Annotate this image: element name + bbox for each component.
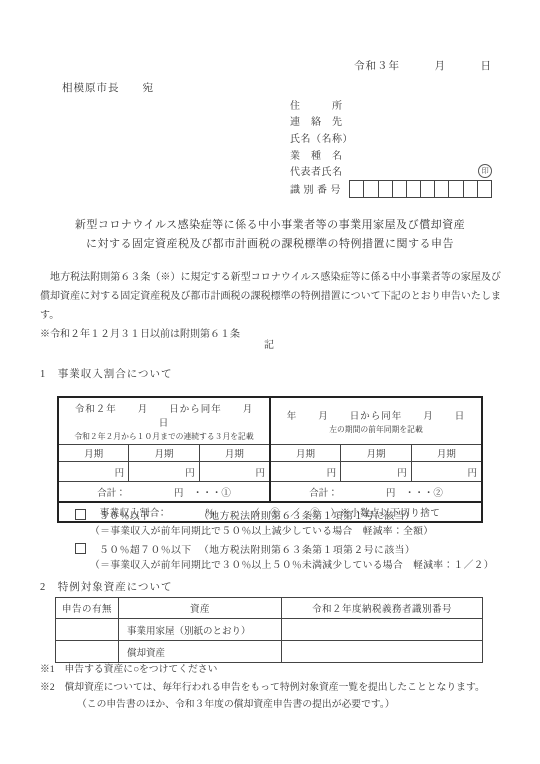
id-digit-box[interactable] bbox=[378, 180, 393, 198]
prior-period-title: 年 月 日から同年 月 日 bbox=[271, 408, 481, 422]
current-total-unit: 円 ・・・① bbox=[174, 485, 231, 499]
option-2-law: （地方税法附則第６３条第１項第２号に該当） bbox=[199, 542, 415, 556]
section1-heading: 1 事業収入割合について bbox=[40, 366, 173, 381]
address-row[interactable]: 住 所 bbox=[290, 96, 492, 113]
option-50-or-less: ５０％以下 （地方税法附則第６３条第１項第１号に該当） bbox=[75, 506, 494, 523]
period-header-row: 令和２年 月 日から同年 月 日 令和２年２月から１０月までの連続する３月を記載… bbox=[58, 397, 482, 445]
body-text: 地方税法附則第６３条（※）に規定する新型コロナウイルス感染症等に係る中小事業者等… bbox=[40, 268, 501, 344]
business-revenue-table: 令和２年 月 日から同年 月 日 令和２年２月から１０月までの連続する３月を記載… bbox=[57, 396, 483, 523]
prior-period-cell[interactable]: 年 月 日から同年 月 日 左の期間の前年同期を記載 bbox=[270, 397, 482, 445]
id-digit-box[interactable] bbox=[477, 180, 492, 198]
special-asset-table: 申告の有無 資産 令和２年度納税義務者識別番号 事業用家屋（別紙のとおり） 償却… bbox=[55, 597, 483, 663]
option-2-description: （＝事業収入が前年同期比で３０％以上５０％未満減少している場合 軽減率：１／２） bbox=[75, 557, 494, 574]
applicant-info-block: 住 所 連 絡 先 氏名（名称） 業 種 名 代表者氏名 印 識 別 番 号 bbox=[290, 96, 492, 198]
amount-cell[interactable]: 円 bbox=[129, 462, 200, 482]
taxpayer-id-cell[interactable] bbox=[282, 641, 483, 663]
id-digit-box[interactable] bbox=[392, 180, 407, 198]
name-label: 氏名（名称） bbox=[290, 130, 353, 145]
month-cell[interactable]: 月期 bbox=[58, 445, 129, 462]
month-cell[interactable]: 月期 bbox=[341, 445, 412, 462]
id-digit-box[interactable] bbox=[434, 180, 449, 198]
declaration-header: 申告の有無 bbox=[56, 598, 119, 619]
id-digit-box[interactable] bbox=[448, 180, 463, 198]
option-1-label: ５０％以下 bbox=[99, 508, 199, 522]
title-line-1: 新型コロナウイルス感染症等に係る中小事業者等の事業用家屋及び償却資産 bbox=[0, 216, 540, 235]
checkbox-over-50-to-70-icon[interactable] bbox=[75, 543, 86, 554]
current-period-subtitle: 令和２年２月から１０月までの連続する３月を記載 bbox=[59, 431, 269, 442]
amount-cell[interactable]: 円 bbox=[199, 462, 270, 482]
prior-total-cell[interactable]: 合計： 円 ・・・② bbox=[270, 482, 482, 503]
month-label-row: 月期 月期 月期 月期 月期 月期 bbox=[58, 445, 482, 462]
contact-label: 連 絡 先 bbox=[290, 113, 343, 128]
id-digit-box[interactable] bbox=[363, 180, 378, 198]
current-total-label: 合計： bbox=[97, 485, 126, 499]
total-row: 合計： 円 ・・・① 合計： 円 ・・・② bbox=[58, 482, 482, 503]
id-number-label: 識 別 番 号 bbox=[290, 181, 349, 196]
id-digit-box[interactable] bbox=[463, 180, 478, 198]
addressee: 相模原市長 宛 bbox=[62, 80, 154, 95]
footnote-2-continued: （この申告書のほか、令和３年度の償却資産申告書の提出が必要です。） bbox=[40, 696, 485, 714]
prior-total-unit: 円 ・・・② bbox=[386, 485, 443, 499]
name-row[interactable]: 氏名（名称） bbox=[290, 129, 492, 146]
document-page: 令和３年 月 日 相模原市長 宛 住 所 連 絡 先 氏名（名称） 業 種 名 … bbox=[0, 0, 540, 764]
contact-row[interactable]: 連 絡 先 bbox=[290, 113, 492, 130]
asset-header: 資産 bbox=[119, 598, 282, 619]
amount-cell[interactable]: 円 bbox=[341, 462, 412, 482]
prior-total-label: 合計： bbox=[309, 485, 338, 499]
amount-row: 円 円 円 円 円 円 bbox=[58, 462, 482, 482]
title-line-2: に対する固定資産税及び都市計画税の課税標準の特例措置に関する申告 bbox=[0, 235, 540, 254]
id-number-row: 識 別 番 号 bbox=[290, 180, 492, 198]
option-1-law: （地方税法附則第６３条第１項第１号に該当） bbox=[199, 508, 415, 522]
asset-name-cell: 事業用家屋（別紙のとおり） bbox=[119, 619, 282, 641]
asset-name-cell: 償却資産 bbox=[119, 641, 282, 663]
id-digit-box[interactable] bbox=[349, 180, 364, 198]
representative-label: 代表者氏名 bbox=[290, 163, 343, 178]
id-number-boxes[interactable] bbox=[349, 180, 492, 198]
date-line: 令和３年 月 日 bbox=[354, 58, 492, 73]
industry-label: 業 種 名 bbox=[290, 147, 343, 162]
checkbox-50-or-less-icon[interactable] bbox=[75, 509, 86, 520]
section2-heading: 2 特例対象資産について bbox=[40, 579, 173, 594]
current-total-cell[interactable]: 合計： 円 ・・・① bbox=[58, 482, 270, 503]
current-period-cell[interactable]: 令和２年 月 日から同年 月 日 令和２年２月から１０月までの連続する３月を記載 bbox=[58, 397, 270, 445]
month-cell[interactable]: 月期 bbox=[270, 445, 341, 462]
reduction-rate-options: ５０％以下 （地方税法附則第６３条第１項第１号に該当） （＝事業収入が前年同期比… bbox=[75, 506, 494, 574]
amount-cell[interactable]: 円 bbox=[411, 462, 482, 482]
body-paragraph: 地方税法附則第６３条（※）に規定する新型コロナウイルス感染症等に係る中小事業者等… bbox=[40, 268, 501, 325]
id-digit-box[interactable] bbox=[406, 180, 421, 198]
option-1-description: （＝事業収入が前年同期比で５０％以上減少している場合 軽減率：全額） bbox=[75, 523, 494, 540]
taxpayer-id-cell[interactable] bbox=[282, 619, 483, 641]
month-cell[interactable]: 月期 bbox=[199, 445, 270, 462]
taxpayer-id-header: 令和２年度納税義務者識別番号 bbox=[282, 598, 483, 619]
id-digit-box[interactable] bbox=[420, 180, 435, 198]
asset-table-header-row: 申告の有無 資産 令和２年度納税義務者識別番号 bbox=[56, 598, 483, 619]
asset-row-depreciable: 償却資産 bbox=[56, 641, 483, 663]
footnote-1: ※1 申告する資産に○をつけてください bbox=[40, 661, 485, 679]
address-label: 住 所 bbox=[290, 97, 343, 112]
prior-period-subtitle: 左の期間の前年同期を記載 bbox=[271, 424, 481, 435]
seal-icon: 印 bbox=[478, 164, 492, 178]
current-period-title: 令和２年 月 日から同年 月 日 bbox=[59, 401, 269, 429]
footnote-2: ※2 償却資産については、毎年行われる申告をもって特例対象資産一覧を提出したこと… bbox=[40, 679, 485, 697]
record-mark: 記 bbox=[0, 336, 540, 351]
month-cell[interactable]: 月期 bbox=[129, 445, 200, 462]
amount-cell[interactable]: 円 bbox=[270, 462, 341, 482]
option-over-50-to-70: ５０％超７０％以下 （地方税法附則第６３条第１項第２号に該当） bbox=[75, 540, 494, 557]
industry-row[interactable]: 業 種 名 bbox=[290, 146, 492, 163]
declaration-cell[interactable] bbox=[56, 641, 119, 663]
document-title: 新型コロナウイルス感染症等に係る中小事業者等の事業用家屋及び償却資産 に対する固… bbox=[0, 216, 540, 254]
month-cell[interactable]: 月期 bbox=[411, 445, 482, 462]
footnotes: ※1 申告する資産に○をつけてください ※2 償却資産については、毎年行われる申… bbox=[40, 661, 485, 714]
asset-row-building: 事業用家屋（別紙のとおり） bbox=[56, 619, 483, 641]
amount-cell[interactable]: 円 bbox=[58, 462, 129, 482]
option-2-label: ５０％超７０％以下 bbox=[99, 542, 199, 556]
representative-row[interactable]: 代表者氏名 印 bbox=[290, 162, 492, 179]
declaration-cell[interactable] bbox=[56, 619, 119, 641]
